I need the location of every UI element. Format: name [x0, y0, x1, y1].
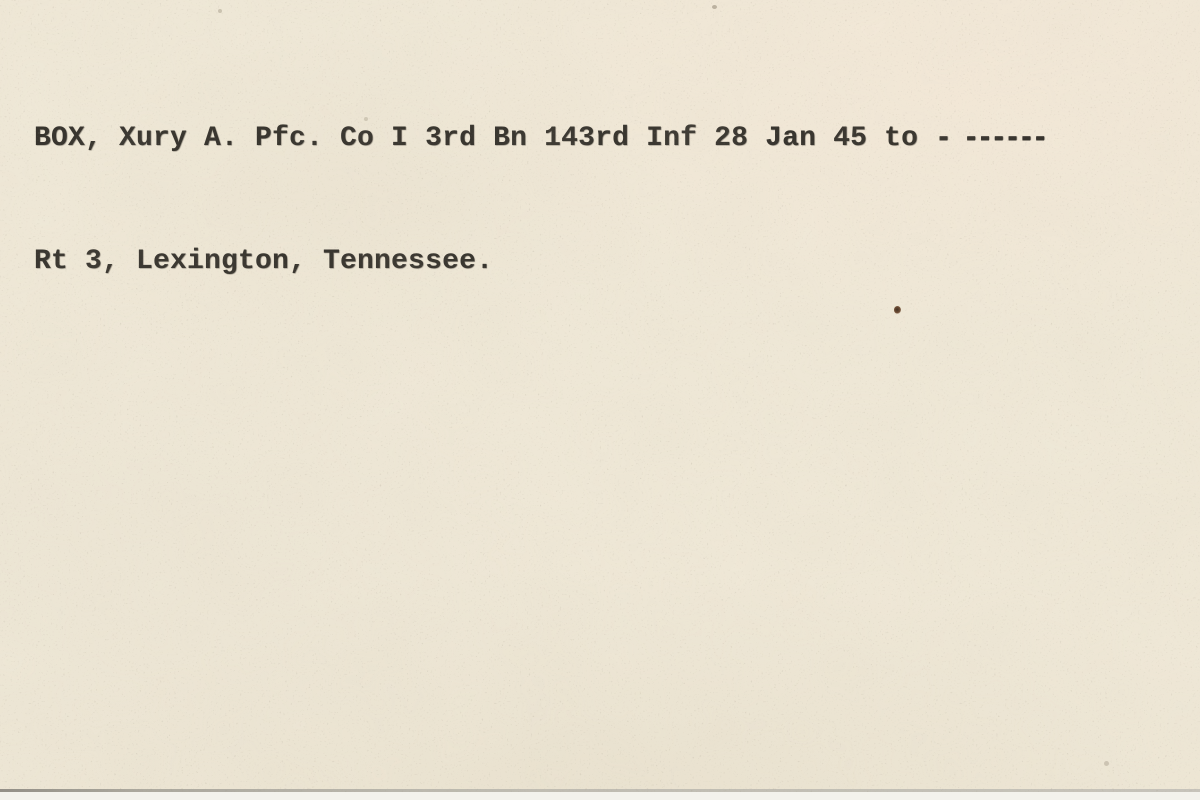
typed-line-1-dashes: - ------ [935, 123, 1045, 154]
typed-line-2-text: Rt 3, Lexington, Tennessee. [34, 246, 493, 277]
scanned-document: BOX, Xury A. Pfc. Co I 3rd Bn 143rd Inf … [0, 0, 1200, 800]
typed-line-1-text: BOX, Xury A. Pfc. Co I 3rd Bn 143rd Inf … [34, 123, 935, 154]
index-card: BOX, Xury A. Pfc. Co I 3rd Bn 143rd Inf … [0, 0, 1200, 792]
paper-speck [712, 5, 717, 9]
paper-speck [1104, 761, 1109, 766]
scan-background-strip [0, 792, 1200, 800]
paper-speck [218, 9, 222, 13]
typed-line-1: BOX, Xury A. Pfc. Co I 3rd Bn 143rd Inf … [34, 118, 1046, 159]
typed-line-2: Rt 3, Lexington, Tennessee. [34, 241, 1046, 282]
typed-text-block: BOX, Xury A. Pfc. Co I 3rd Bn 143rd Inf … [34, 36, 1046, 364]
